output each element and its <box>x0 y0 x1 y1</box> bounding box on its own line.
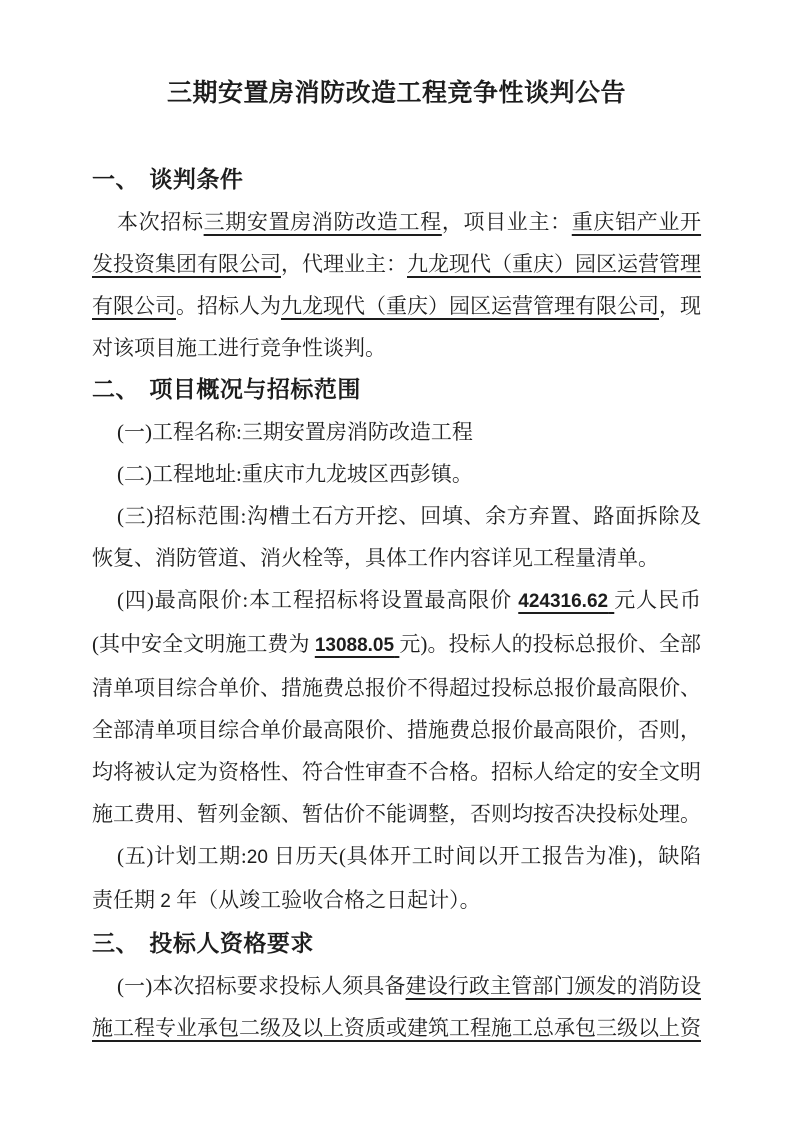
underlined-text-run: 13088.05 <box>315 632 400 656</box>
numeric-text: 424316.62 <box>518 591 608 612</box>
text-run: 。招标人为 <box>176 294 281 318</box>
paragraph-tender-scope: (三)招标范围:沟槽土石方开挖、回填、余方弃置、路面拆除及恢复、消防管道、消火栓… <box>92 495 701 579</box>
text-run: (四)最高限价:本工程招标将设置最高限价 <box>117 588 518 612</box>
section-heading-1: 一、谈判条件 <box>92 159 701 201</box>
underlined-text-run: 424316.62 <box>518 588 614 612</box>
document-page: 三期安置房消防改造工程竞争性谈判公告 一、谈判条件 本次招标三期安置房消防改造工… <box>0 0 793 1122</box>
paragraph-project-name: (一)工程名称:三期安置房消防改造工程 <box>92 411 701 453</box>
numeric-text: 13088.05 <box>315 635 394 656</box>
section-bidder-qualifications: 三、投标人资格要求 (一)本次招标要求投标人须具备建设行政主管部门颁发的消防设施… <box>92 923 701 1049</box>
numeric-text: 2 <box>160 891 171 912</box>
paragraph-tender-parties: 本次招标三期安置房消防改造工程，项目业主：重庆铝产业开发投资集团有限公司，代理业… <box>92 201 701 369</box>
paragraph-project-address: (二)工程地址:重庆市九龙坡区西彭镇。 <box>92 453 701 495</box>
text-run: (二)工程地址:重庆市九龙坡区西彭镇。 <box>117 462 473 486</box>
text-run: (一)本次招标要求投标人须具备 <box>117 974 406 998</box>
text-run: ，项目业主： <box>442 210 572 234</box>
text-run: (三)招标范围:沟槽土石方开挖、回填、余方弃置、路面拆除及恢复、消防管道、消火栓… <box>92 504 701 570</box>
paragraph-price-ceiling: (四)最高限价:本工程招标将设置最高限价 424316.62 元人民币(其中安全… <box>92 579 701 835</box>
underlined-text-run: 三期安置房消防改造工程 <box>204 210 442 234</box>
numeric-text: 20 <box>247 847 268 868</box>
section-heading-2: 二、项目概况与招标范围 <box>92 369 701 411</box>
document-title: 三期安置房消防改造工程竞争性谈判公告 <box>92 74 701 114</box>
section-heading-3: 三、投标人资格要求 <box>92 923 701 965</box>
text-run: (一)工程名称:三期安置房消防改造工程 <box>117 420 473 444</box>
paragraph-qualification-requirement: (一)本次招标要求投标人须具备建设行政主管部门颁发的消防设施工程专业承包二级及以… <box>92 965 701 1049</box>
underlined-text-run: 九龙现代（重庆）园区运营管理有限公司 <box>281 294 659 318</box>
text-run: ，代理业主： <box>281 252 407 276</box>
text-run: 元)。投标人的投标总报价、全部清单项目综合单价、措施费总报价不得超过投标总报价最… <box>92 632 701 826</box>
text-run: (五)计划工期:20 日历天(具体开工时间以开工报告为准)，缺陷责任期 2 年（… <box>92 844 701 912</box>
text-run: 本次招标 <box>117 210 204 234</box>
paragraph-planned-duration: (五)计划工期:20 日历天(具体开工时间以开工报告为准)，缺陷责任期 2 年（… <box>92 835 701 923</box>
section-negotiation-conditions: 一、谈判条件 本次招标三期安置房消防改造工程，项目业主：重庆铝产业开发投资集团有… <box>92 159 701 369</box>
section-project-overview-scope: 二、项目概况与招标范围 (一)工程名称:三期安置房消防改造工程 (二)工程地址:… <box>92 369 701 923</box>
